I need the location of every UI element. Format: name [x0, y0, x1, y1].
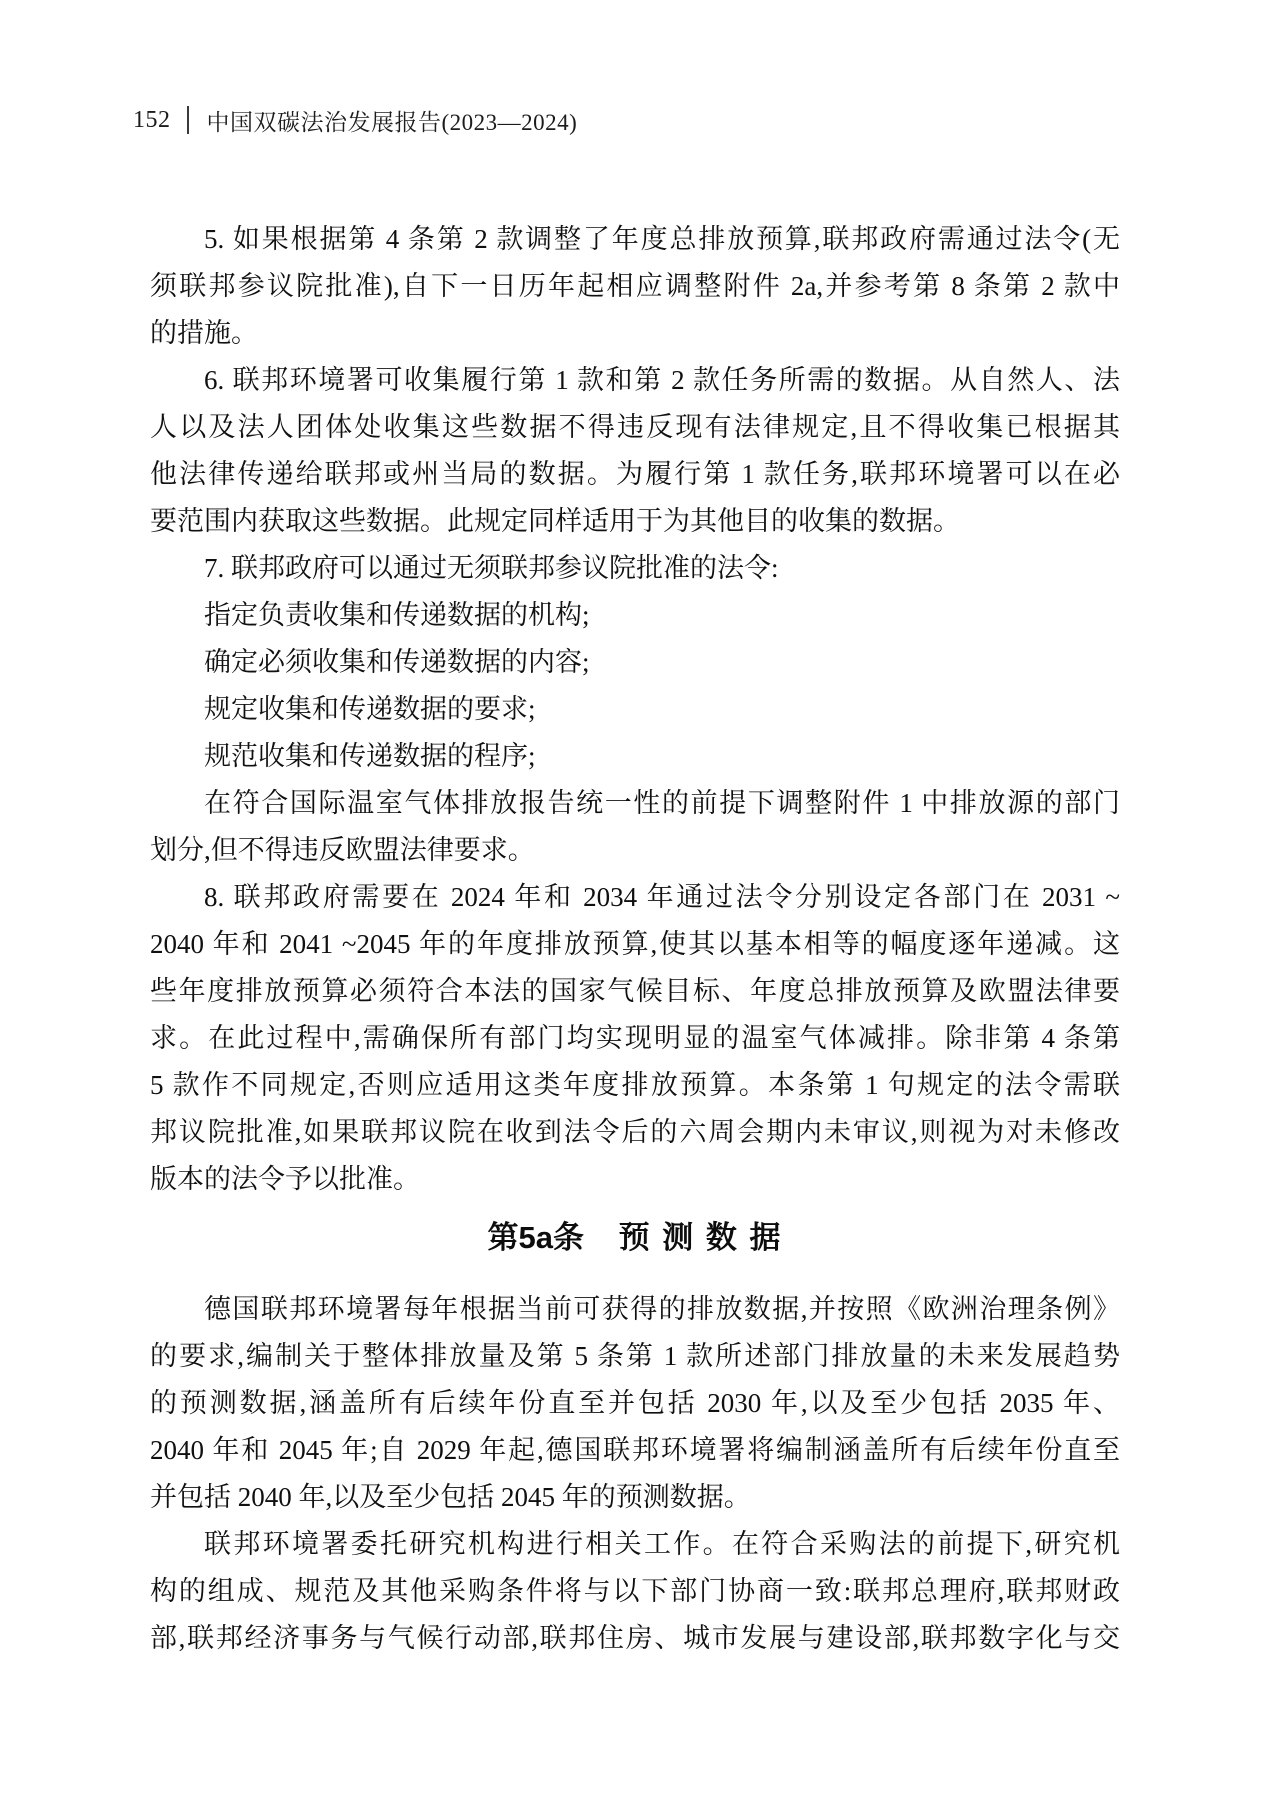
text-line: 5 款作不同规定,否则应适用这类年度排放预算。本条第 1 句规定的法令需联 [150, 1062, 1120, 1109]
article-heading: 第5a条 预 测 数 据 [150, 1213, 1120, 1262]
text-line: 确定必须收集和传递数据的内容; [150, 639, 1120, 686]
text-line: 求。在此过程中,需确保所有部门均实现明显的温室气体减排。除非第 4 条第 [150, 1015, 1120, 1062]
article-number: 第5a条 [488, 1220, 584, 1255]
text-line: 邦议院批准,如果联邦议院在收到法令后的六周会期内未审议,则视为对未修改 [150, 1109, 1120, 1156]
text-line: 8. 联邦政府需要在 2024 年和 2034 年通过法令分别设定各部门在 20… [150, 874, 1120, 921]
text-line: 指定负责收集和传递数据的机构; [150, 592, 1120, 639]
text-line: 规定收集和传递数据的要求; [150, 686, 1120, 733]
text-line: 的要求,编制关于整体排放量及第 5 条第 1 款所述部门排放量的未来发展趋势 [150, 1333, 1120, 1380]
article-title: 预 测 数 据 [619, 1220, 783, 1255]
book-title: 中国双碳法治发展报告(2023—2024) [207, 104, 578, 137]
text-line: 人以及法人团体处收集这些数据不得违反现有法律规定,且不得收集已根据其 [150, 404, 1120, 451]
text-line: 须联邦参议院批准),自下一日历年起相应调整附件 2a,并参考第 8 条第 2 款… [150, 263, 1120, 310]
page-number: 152 [133, 107, 171, 134]
text-line: 6. 联邦环境署可收集履行第 1 款和第 2 款任务所需的数据。从自然人、法 [150, 357, 1120, 404]
text-line: 些年度排放预算必须符合本法的国家气候目标、年度总排放预算及欧盟法律要 [150, 968, 1120, 1015]
text-line: 5. 如果根据第 4 条第 2 款调整了年度总排放预算,联邦政府需通过法令(无 [150, 216, 1120, 263]
page-body: 5. 如果根据第 4 条第 2 款调整了年度总排放预算,联邦政府需通过法令(无 … [150, 216, 1120, 1662]
text-line: 划分,但不得违反欧盟法律要求。 [150, 827, 1120, 874]
text-line: 并包括 2040 年,以及至少包括 2045 年的预测数据。 [150, 1474, 1120, 1521]
header-divider-line [187, 106, 189, 134]
text-line: 部,联邦经济事务与气候行动部,联邦住房、城市发展与建设部,联邦数字化与交 [150, 1615, 1120, 1662]
text-line: 的措施。 [150, 310, 1120, 357]
text-line: 在符合国际温室气体排放报告统一性的前提下调整附件 1 中排放源的部门 [150, 780, 1120, 827]
text-line: 要范围内获取这些数据。此规定同样适用于为其他目的收集的数据。 [150, 498, 1120, 545]
text-line: 的预测数据,涵盖所有后续年份直至并包括 2030 年,以及至少包括 2035 年… [150, 1380, 1120, 1427]
book-page: { "header": { "page_number": "152", "boo… [0, 0, 1269, 1804]
text-line: 德国联邦环境署每年根据当前可获得的排放数据,并按照《欧洲治理条例》 [150, 1286, 1120, 1333]
text-line: 2040 年和 2041 ~2045 年的年度排放预算,使其以基本相等的幅度逐年… [150, 921, 1120, 968]
text-line: 7. 联邦政府可以通过无须联邦参议院批准的法令: [150, 545, 1120, 592]
text-line: 规范收集和传递数据的程序; [150, 733, 1120, 780]
text-line: 构的组成、规范及其他采购条件将与以下部门协商一致:联邦总理府,联邦财政 [150, 1568, 1120, 1615]
text-line: 他法律传递给联邦或州当局的数据。为履行第 1 款任务,联邦环境署可以在必 [150, 451, 1120, 498]
text-line: 联邦环境署委托研究机构进行相关工作。在符合采购法的前提下,研究机 [150, 1521, 1120, 1568]
text-line: 版本的法令予以批准。 [150, 1156, 1120, 1203]
text-line: 2040 年和 2045 年;自 2029 年起,德国联邦环境署将编制涵盖所有后… [150, 1427, 1120, 1474]
page-header: 152 中国双碳法治发展报告(2023—2024) [133, 102, 577, 138]
